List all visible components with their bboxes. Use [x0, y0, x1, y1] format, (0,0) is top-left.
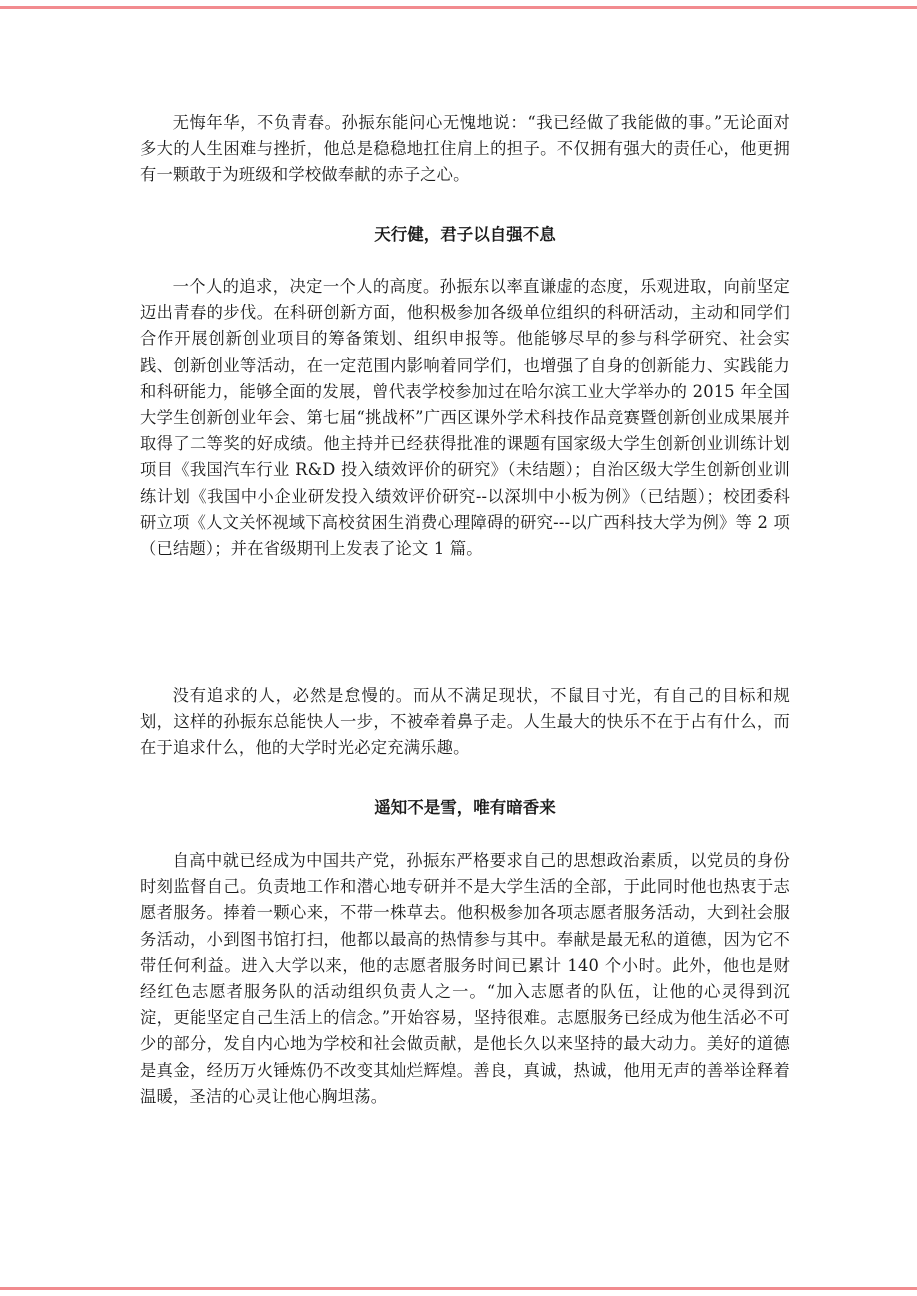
paragraph-volunteer: 自高中就已经成为中国共产党，孙振东严格要求自己的思想政治素质，以党员的身份时刻监… [140, 848, 790, 1110]
section-heading-self-improvement: 天行健，君子以自强不息 [140, 222, 790, 248]
paragraph-pursuit: 没有追求的人，必然是怠慢的。而从不满足现状，不鼠目寸光，有自己的目标和规划，这样… [140, 683, 790, 762]
bottom-border-rule [0, 1287, 917, 1290]
paragraph-research: 一个人的追求，决定一个人的高度。孙振东以率直谦虚的态度，乐观进取，向前坚定迈出青… [140, 274, 790, 562]
paragraph-intro: 无悔年华，不负青春。孙振东能问心无愧地说：“我已经做了我能做的事。”无论面对多大… [140, 110, 790, 189]
section-heading-volunteer: 遥知不是雪，唯有暗香来 [140, 795, 790, 821]
top-border-rule [0, 6, 917, 9]
